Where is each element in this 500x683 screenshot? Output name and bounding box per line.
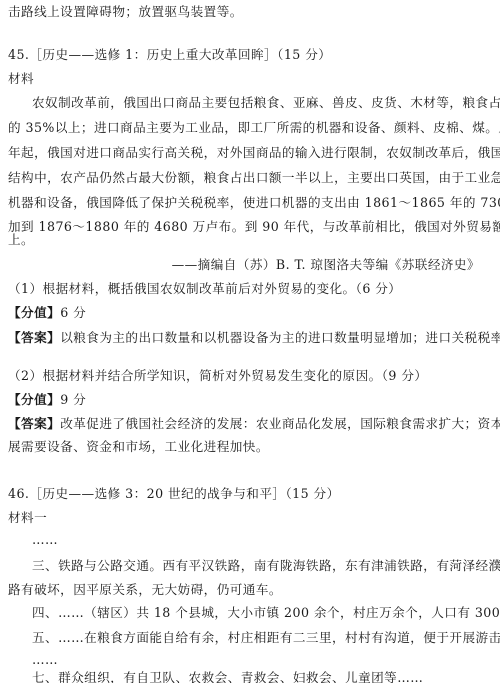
- score-value: 6 分: [60, 305, 86, 320]
- q45-sub2-question: （2）根据材料并结合所学知识，简析对外贸易发生变化的原因。（9 分）: [8, 368, 492, 384]
- q45-sub1-question: （1）根据材料，概括俄国农奴制改革前后对外贸易的变化。（6 分）: [8, 281, 492, 297]
- q45-paragraph-line: 农奴制改革前，俄国出口商品主要包括粮食、亚麻、兽皮、皮货、木材等，粮食占出口额: [32, 95, 492, 111]
- q45-paragraph-line: 的 35%以上；进口商品主要为工业品，即工厂所需的机器和设备、颜料、皮棉、煤。从…: [8, 120, 492, 136]
- previous-answer-tail: 击路线上设置障碍物；放置驱鸟装置等。: [8, 4, 492, 20]
- q46-line: 四、……（辖区）共 18 个县城，大小市镇 200 余个，村庄万余个，人口有 3…: [32, 605, 492, 621]
- question-46-title: 46.［历史——选修 3：20 世纪的战争与和平］（15 分）: [8, 486, 492, 502]
- answer-text: 以粮食为主的出口数量和以机器设备为主的进口数量明显增加；进口关税税率降低。: [60, 330, 500, 345]
- answer-tag: 【答案】: [8, 416, 60, 431]
- score-tag: 【分值】: [8, 392, 60, 407]
- score-value: 9 分: [60, 392, 86, 407]
- q45-sub2-answer-cont: 展需要设备、资金和市场，工业化进程加快。: [8, 439, 492, 455]
- q45-paragraph-line: 结构中，农产品仍然占最大份额，粮食占出口额一半以上，主要出口英国，由于工业急需金…: [8, 170, 492, 186]
- q46-line: 七、群众组织，有自卫队、农救会、青救会、妇救会、儿童团等……: [32, 670, 492, 683]
- q45-sub1-score: 【分值】6 分: [8, 305, 492, 321]
- q45-paragraph-line: 上。: [8, 232, 492, 248]
- q45-paragraph-line: 机器和设备，俄国降低了保护关税税率，使进口机器的支出由 1861～1865 年的…: [8, 195, 492, 211]
- q46-line: ……: [32, 532, 492, 548]
- q46-line: 五、……在粮食方面能自给有余，村庄相距有二三里，村村有沟道，便于开展游击战争。: [32, 630, 492, 646]
- q46-line: 三、铁路与公路交通。西有平汉铁路，南有陇海铁路，东有津浦铁路，有菏泽经濮县虽公: [32, 558, 492, 574]
- q46-line: 路有破坏，因平原关系，无大妨碍，仍可通车。: [8, 582, 492, 598]
- answer-text: 改革促进了俄国社会经济的发展：农业商品化发展，国际粮食需求扩大；资本主义发: [60, 416, 500, 431]
- q45-sub2-answer: 【答案】改革促进了俄国社会经济的发展：农业商品化发展，国际粮食需求扩大；资本主义…: [8, 416, 492, 432]
- q45-material-label: 材料: [8, 71, 492, 87]
- answer-tag: 【答案】: [8, 330, 60, 345]
- q46-material-label: 材料一: [8, 510, 492, 526]
- question-45-title: 45.［历史——选修 1：历史上重大改革回眸］（15 分）: [8, 47, 492, 63]
- q45-sub2-score: 【分值】9 分: [8, 392, 492, 408]
- q45-paragraph-line: 年起，俄国对进口商品实行高关税，对外国商品的输入进行限制，农奴制改革后，俄国的出…: [8, 145, 492, 161]
- q45-sub1-answer: 【答案】以粮食为主的出口数量和以机器设备为主的进口数量明显增加；进口关税税率降低…: [8, 330, 492, 346]
- score-tag: 【分值】: [8, 305, 60, 320]
- q46-line: ……: [32, 652, 492, 668]
- q45-source-citation: ——摘编自（苏）B. T. 琼图洛夫等编《苏联经济史》: [172, 257, 480, 273]
